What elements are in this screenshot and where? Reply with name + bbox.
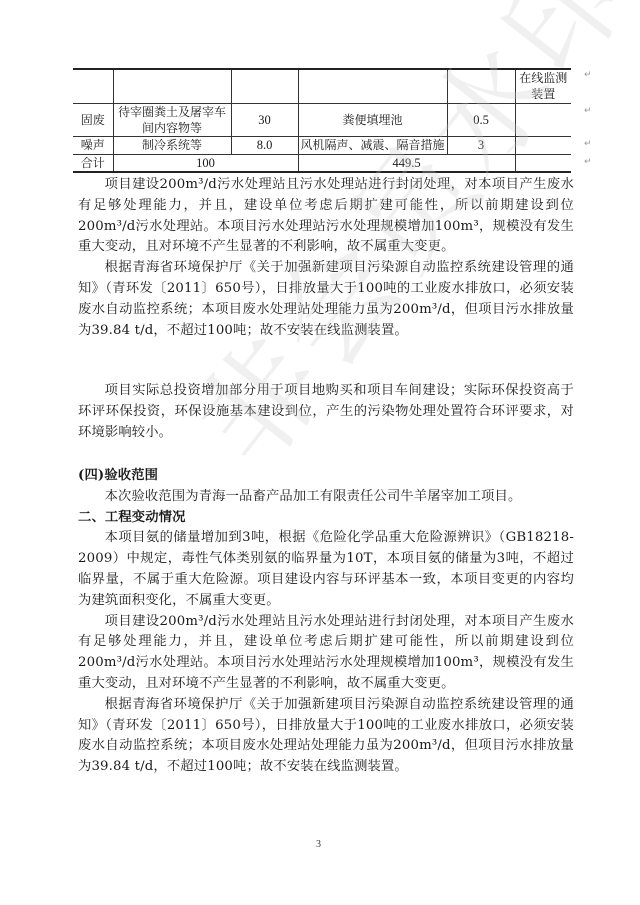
table-cell-measure: 粪便填埋池 [298,103,447,136]
paragraph: 根据青海省环境保护厅《关于加强新建项目污染源自动监控系统建设管理的通知》（青环发… [78,695,574,778]
paragraph-mark-icon: ↵ [584,139,592,149]
paragraph: 项目实际总投资增加部分用于项目地购买和项目车间建设；实际环保投资高于环评环保投资… [78,381,574,443]
paragraph: 项目建设200m³/d污水处理站且污水处理站进行封闭处理，对本项目产生废水有足够… [78,175,574,258]
table-cell [231,69,298,103]
table-cell-investment: 3 [447,136,515,154]
table-cell [113,69,231,103]
table-row-total: 合计 100 449.5 [73,154,571,172]
paragraph: 本次验收范围为青海一品畜产品加工有限责任公司牛羊屠宰加工项目。 [78,487,574,508]
table-cell-note [515,103,571,136]
table-cell-amount: 30 [231,103,298,136]
paragraph-mark-icon: ↵ [584,70,592,80]
table-cell [298,69,447,103]
table-cell-amount-total: 100 [113,154,298,172]
paragraph-mark-icon: ↵ [584,157,592,167]
paragraph: 根据青海省环境保护厅《关于加强新建项目污染源自动监控系统建设管理的通知》（青环发… [78,258,574,341]
table-cell-amount: 8.0 [231,136,298,154]
table-cell-note [515,136,571,154]
table-row: 噪声 制冷系统等 8.0 风机隔声、减震、隔音措施 3 [73,136,571,154]
section-heading: (四)验收范围 [78,466,574,487]
table-cell-category: 噪声 [73,136,113,154]
document-page: 在线监测装置 固废 待宰圈粪土及屠宰车间内容物等 30 粪便填埋池 0.5 噪声… [0,0,640,905]
table-cell-measure: 风机隔声、减震、隔音措施 [298,136,447,154]
table-cell-source: 待宰圈粪土及屠宰车间内容物等 [113,103,231,136]
table-cell-investment: 0.5 [447,103,515,136]
page-number: 3 [316,839,321,850]
table-row: 固废 待宰圈粪土及屠宰车间内容物等 30 粪便填埋池 0.5 [73,103,571,136]
body-text-block-2: 项目实际总投资增加部分用于项目地购买和项目车间建设；实际环保投资高于环评环保投资… [78,381,574,443]
table-cell-note: 在线监测装置 [515,69,571,103]
table-cell-category: 合计 [73,154,113,172]
table-cell-note [515,154,571,172]
table-cell-category: 固废 [73,103,113,136]
environmental-investment-table: 在线监测装置 固废 待宰圈粪土及屠宰车间内容物等 30 粪便填埋池 0.5 噪声… [73,68,571,173]
table-row: 在线监测装置 [73,69,571,103]
paragraph: 本项目氨的储量增加到3吨，根据《危险化学品重大危险源辨识》（GB18218-20… [78,528,574,611]
body-text-block-1: 项目建设200m³/d污水处理站且污水处理站进行封闭处理，对本项目产生废水有足够… [78,175,574,341]
section-heading: 二、工程变动情况 [78,508,574,529]
body-text-block-3: (四)验收范围 本次验收范围为青海一品畜产品加工有限责任公司牛羊屠宰加工项目。 … [78,466,574,778]
paragraph: 项目建设200m³/d污水处理站且污水处理站进行封闭处理，对本项目产生废水有足够… [78,612,574,695]
table-cell [447,69,515,103]
table-cell-investment-total: 449.5 [298,154,515,172]
table-cell [73,69,113,103]
table-cell-source: 制冷系统等 [113,136,231,154]
paragraph-mark-icon: ↵ [584,106,592,116]
